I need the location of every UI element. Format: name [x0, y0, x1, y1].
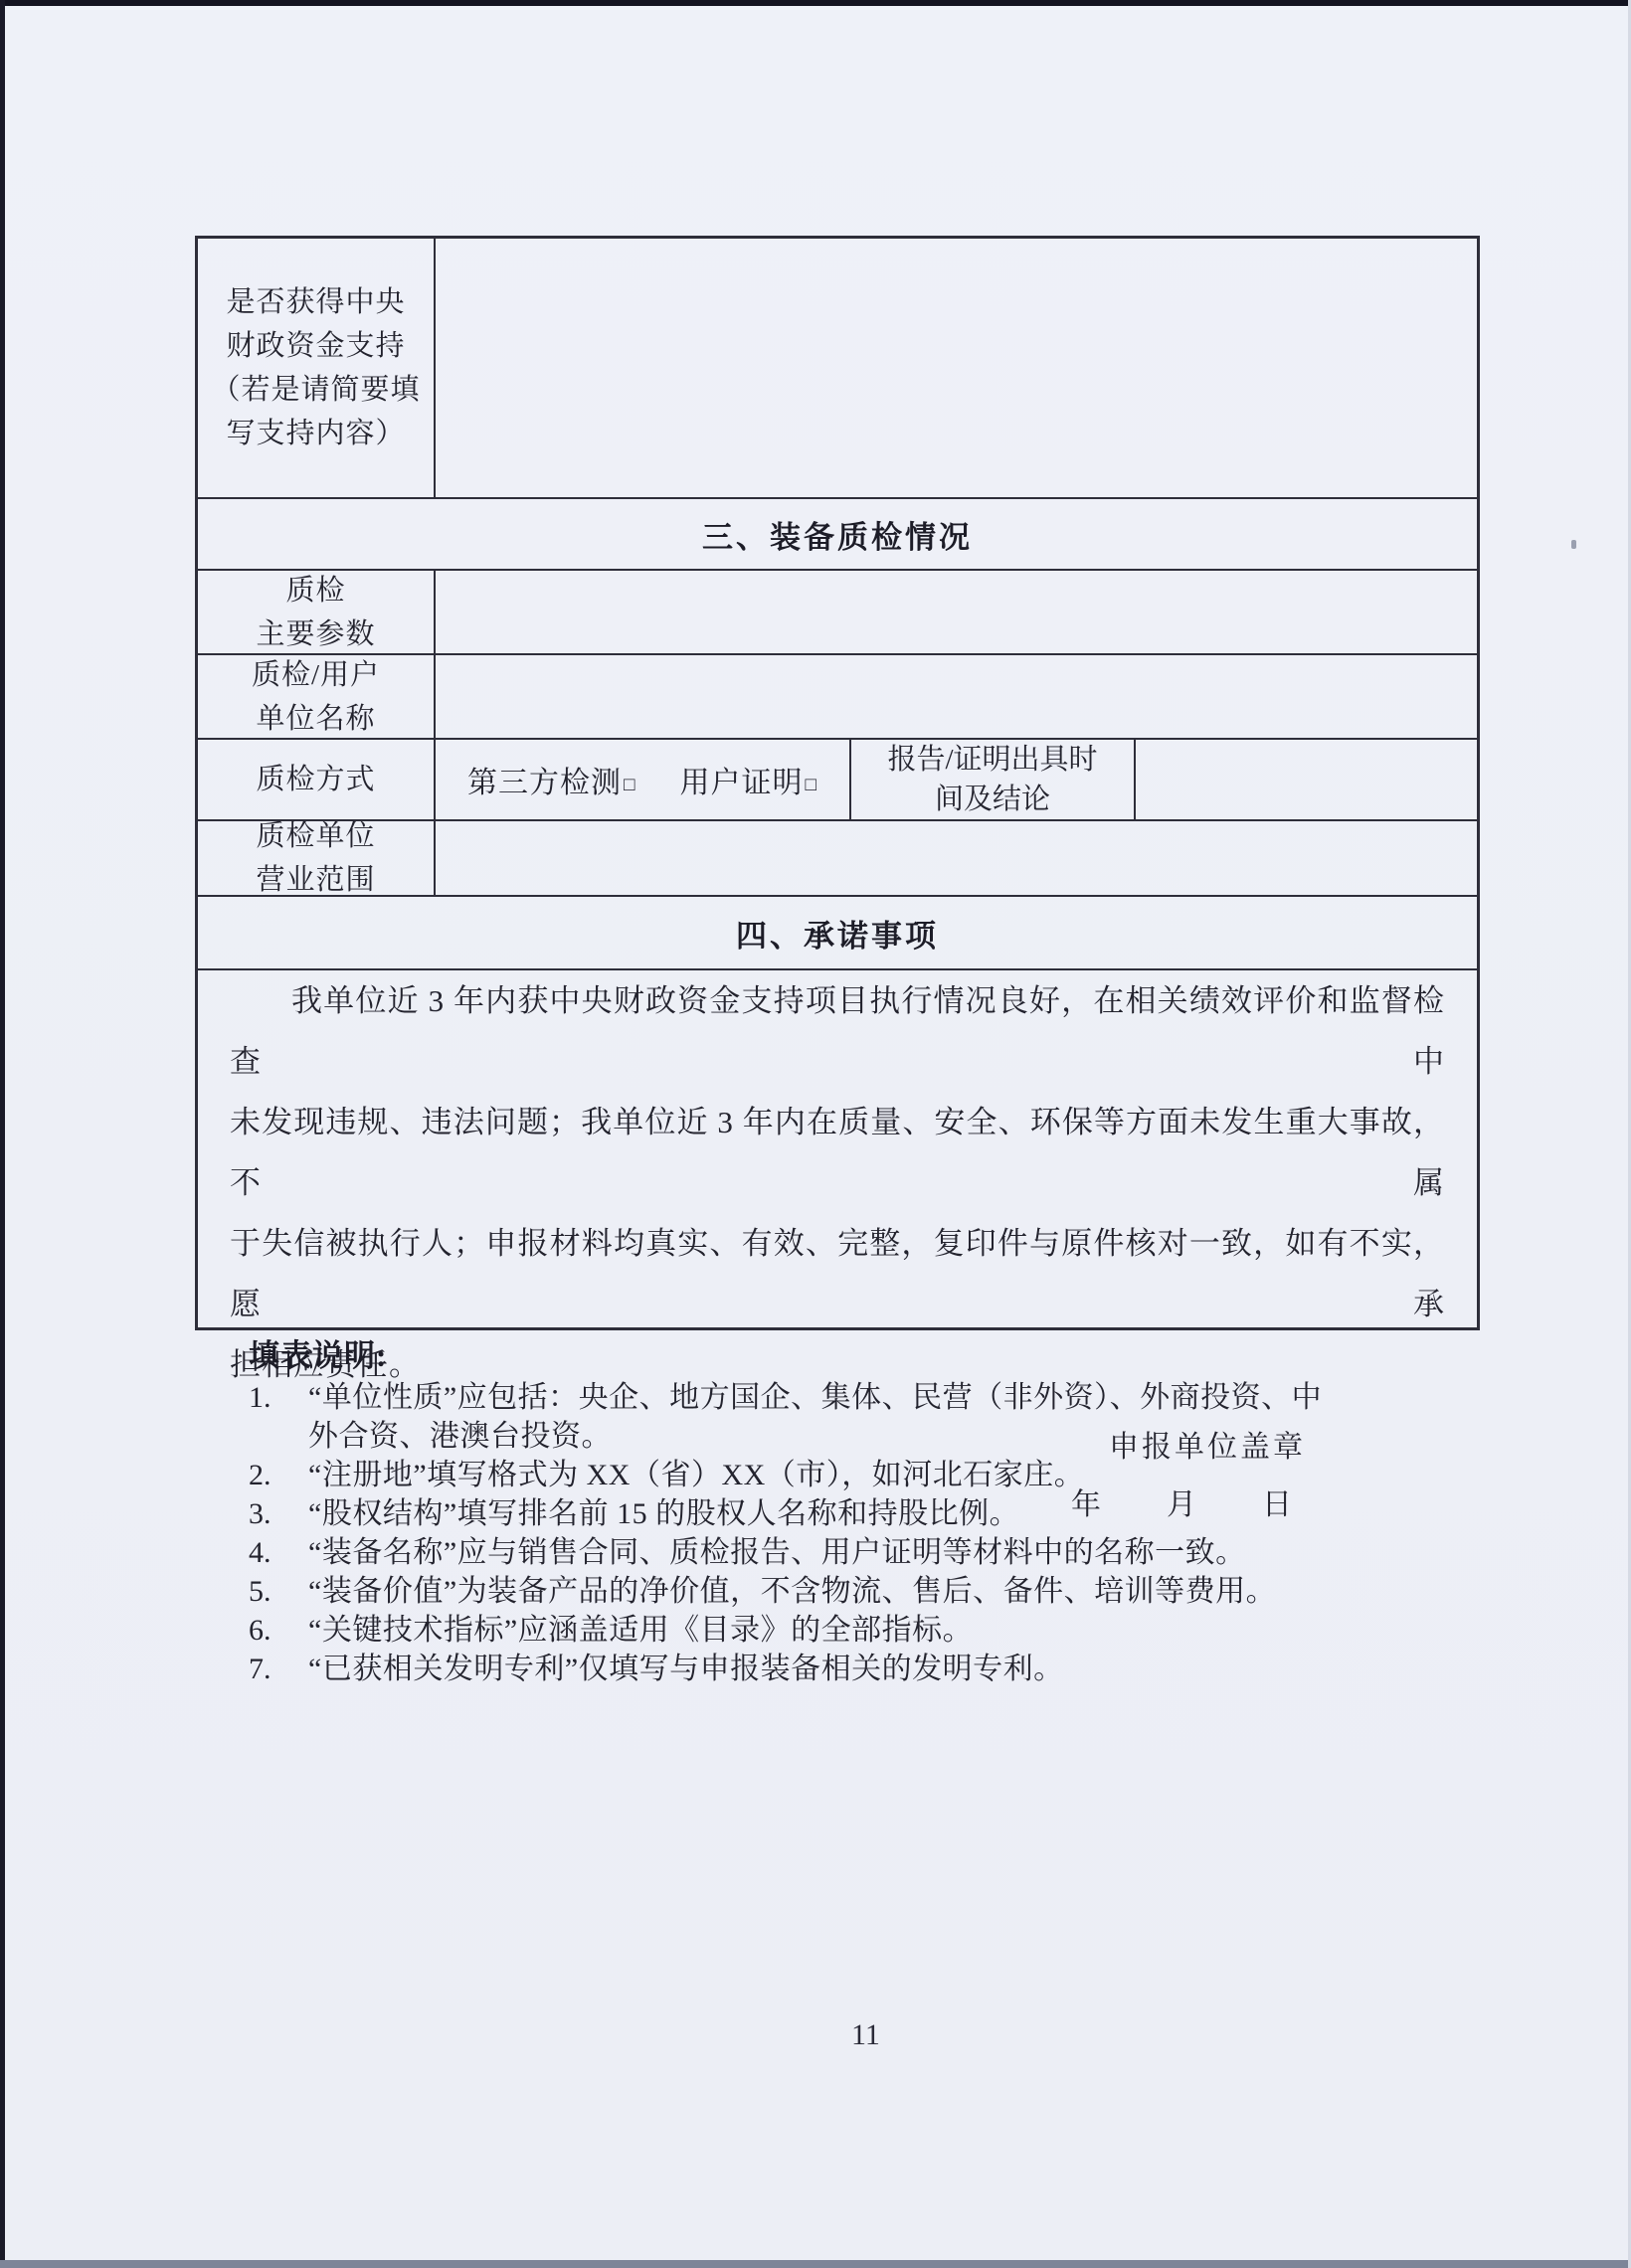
table-row-qc-method: 质检方式 第三方检测□ 用户证明□ 报告/证明出具时 间及结论	[198, 738, 1477, 819]
user-certificate-label: 用户证明	[680, 767, 804, 799]
note-item: 1.“单位性质”应包括：央企、地方国企、集体、民营（非外资）、外商投资、中外合资…	[249, 1378, 1402, 1456]
report-time-conclusion-label: 报告/证明出具时 间及结论	[851, 740, 1136, 819]
report-time-conclusion-value-cell	[1136, 740, 1477, 819]
note-item: 7.“已获相关发明专利”仅填写与申报装备相关的发明专利。	[249, 1650, 1402, 1688]
section3-title: 三、装备质检情况	[702, 512, 973, 557]
note-item-text: “已获相关发明专利”仅填写与申报装备相关的发明专利。	[308, 1650, 1064, 1688]
scan-edge-left	[0, 0, 5, 2268]
table-row-qc-scope: 质检单位 营业范围	[198, 819, 1477, 895]
qc-params-label-line: 主要参数	[256, 612, 375, 656]
note-item-number: 4.	[249, 1533, 308, 1572]
fiscal-support-label-line: 财政资金支持	[226, 324, 405, 368]
note-item-number: 6.	[249, 1611, 308, 1650]
qc-unit-name-label: 质检/用户 单位名称	[198, 655, 436, 738]
commitment-line: 未发现违规、违法问题；我单位近 3 年内在质量、安全、环保等方面未发生重大事故，…	[230, 1092, 1445, 1213]
note-item-number: 1.	[249, 1378, 308, 1456]
checkbox-icon: □	[624, 775, 635, 795]
third-party-test-option: 第三方检测□	[467, 758, 635, 801]
note-item-text: “关键技术指标”应涵盖适用《目录》的全部指标。	[308, 1611, 973, 1650]
third-party-test-label: 第三方检测	[467, 767, 622, 799]
qc-params-label-line: 质检	[285, 569, 345, 612]
fiscal-support-value-cell	[436, 239, 1477, 497]
qc-params-label: 质检 主要参数	[198, 571, 436, 653]
note-item-text: “装备名称”应与销售合同、质检报告、用户证明等材料中的名称一致。	[308, 1533, 1246, 1572]
qc-unit-name-label-line: 质检/用户	[252, 653, 380, 697]
note-item-text: “单位性质”应包括：央企、地方国企、集体、民营（非外资）、外商投资、中外合资、港…	[308, 1378, 1351, 1456]
scan-edge-top	[0, 0, 1631, 6]
qc-scope-label: 质检单位 营业范围	[198, 821, 436, 895]
report-label-line: 间及结论	[935, 780, 1050, 819]
filling-instructions: 填表说明: 1.“单位性质”应包括：央企、地方国企、集体、民营（非外资）、外商投…	[249, 1334, 1402, 1688]
fiscal-support-label-line: （若是请简要填	[211, 368, 420, 412]
section4-title: 四、承诺事项	[736, 911, 939, 956]
checkbox-icon: □	[806, 775, 817, 795]
note-item-text: “装备价值”为装备产品的净价值，不含物流、售后、备件、培训等费用。	[308, 1572, 1276, 1611]
qc-unit-name-value-cell	[436, 655, 1477, 738]
section-header-equipment-qc: 三、装备质检情况	[198, 497, 1477, 569]
note-item-text: “股权结构”填写排名前 15 的股权人名称和持股比例。	[308, 1494, 1019, 1533]
fiscal-support-label: 是否获得中央 财政资金支持 （若是请简要填 写支持内容）	[198, 239, 436, 497]
qc-method-label: 质检方式	[198, 740, 436, 819]
note-item: 6.“关键技术指标”应涵盖适用《目录》的全部指标。	[249, 1611, 1402, 1650]
note-item-number: 2.	[249, 1456, 308, 1494]
fiscal-support-label-line: 写支持内容）	[226, 412, 405, 455]
page-number: 11	[851, 2018, 880, 2052]
fiscal-support-label-line: 是否获得中央	[226, 280, 405, 324]
scanned-form-page: 是否获得中央 财政资金支持 （若是请简要填 写支持内容） 三、装备质检情况 质检…	[0, 0, 1631, 2268]
note-item-number: 3.	[249, 1494, 308, 1533]
scan-speck	[1571, 540, 1576, 549]
note-item: 2.“注册地”填写格式为 XX（省）XX（市），如河北石家庄。	[249, 1456, 1402, 1494]
qc-scope-label-line: 质检单位	[256, 814, 375, 858]
commitment-line: 我单位近 3 年内获中央财政资金支持项目执行情况良好，在相关绩效评价和监督检查中	[230, 970, 1445, 1092]
qc-scope-value-cell	[436, 821, 1477, 895]
table-row-qc-params: 质检 主要参数	[198, 569, 1477, 653]
application-form-table: 是否获得中央 财政资金支持 （若是请简要填 写支持内容） 三、装备质检情况 质检…	[195, 236, 1480, 1330]
qc-unit-name-label-line: 单位名称	[256, 697, 375, 741]
note-item-text: “注册地”填写格式为 XX（省）XX（市），如河北石家庄。	[308, 1456, 1084, 1494]
note-item: 5.“装备价值”为装备产品的净价值，不含物流、售后、备件、培训等费用。	[249, 1572, 1402, 1611]
notes-list: 1.“单位性质”应包括：央企、地方国企、集体、民营（非外资）、外商投资、中外合资…	[249, 1378, 1402, 1688]
note-item: 4.“装备名称”应与销售合同、质检报告、用户证明等材料中的名称一致。	[249, 1533, 1402, 1572]
note-item-number: 7.	[249, 1650, 308, 1688]
note-item-number: 5.	[249, 1572, 308, 1611]
table-row-qc-unit-name: 质检/用户 单位名称	[198, 653, 1477, 738]
section-header-commitments: 四、承诺事项	[198, 895, 1477, 968]
table-row-fiscal-support: 是否获得中央 财政资金支持 （若是请简要填 写支持内容）	[198, 239, 1477, 497]
qc-method-options-cell: 第三方检测□ 用户证明□	[436, 740, 851, 819]
report-label-line: 报告/证明出具时	[887, 740, 1097, 780]
filling-instructions-heading: 填表说明:	[249, 1334, 1402, 1378]
commitment-line: 于失信被执行人；申报材料均真实、有效、完整，复印件与原件核对一致，如有不实，愿承	[230, 1213, 1445, 1334]
user-certificate-option: 用户证明□	[680, 758, 817, 801]
scan-edge-bottom	[0, 2260, 1631, 2268]
note-item: 3.“股权结构”填写排名前 15 的股权人名称和持股比例。	[249, 1494, 1402, 1533]
qc-params-value-cell	[436, 571, 1477, 653]
